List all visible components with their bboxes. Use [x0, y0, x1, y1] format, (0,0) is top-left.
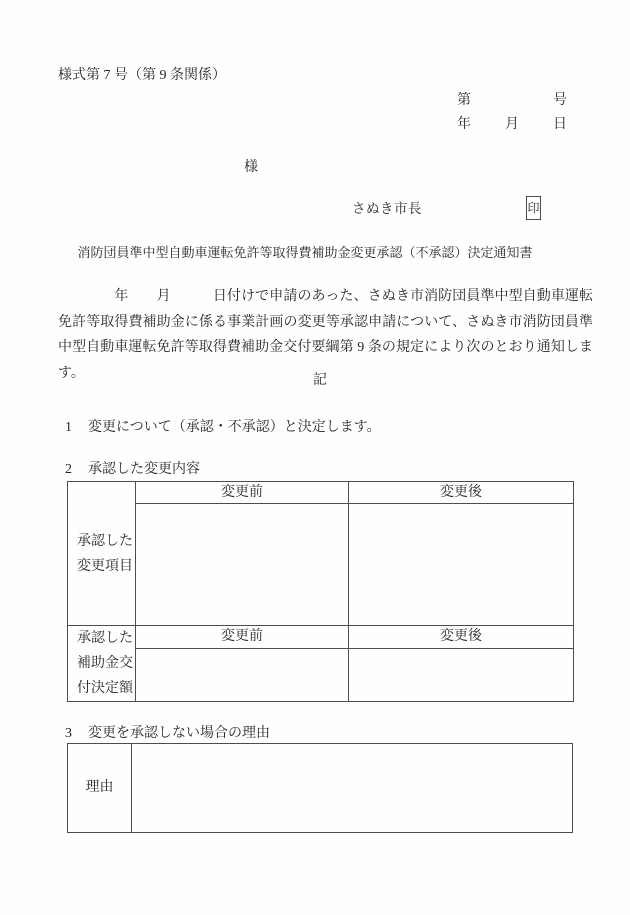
- seal-placeholder-box: 印: [526, 196, 541, 220]
- table-row: 承認した 補助金交 付決定額 変更前 変更後: [68, 626, 574, 649]
- item-2-number: 2: [58, 460, 88, 480]
- document-number-suffix: 号: [553, 91, 567, 111]
- document-page: 様式第 7 号（第 9 条関係） 第 号 年 月 日 様 さぬき市長 印 消防団…: [0, 0, 630, 915]
- date-month-label: 月: [505, 115, 519, 135]
- before-change-header: 変更前: [136, 626, 349, 649]
- seal-label: 印: [527, 202, 539, 214]
- addressee-honorific: 様: [244, 158, 258, 178]
- item-2-heading: 2 承認した変更内容: [58, 460, 593, 480]
- document-number-prefix: 第: [457, 91, 471, 111]
- item-2-text: 承認した変更内容: [88, 460, 200, 480]
- document-number-line: 第 号: [457, 91, 567, 111]
- after-change-header: 変更後: [349, 482, 574, 504]
- item-1-decision: 1 変更について（承認・不承認）と決定します。: [58, 418, 593, 438]
- rejection-reason-table: 理由: [67, 743, 573, 833]
- before-change-header: 変更前: [136, 482, 349, 504]
- label-line: 承認した: [77, 626, 135, 651]
- label-line: 付決定額: [77, 676, 135, 701]
- form-number: 様式第 7 号（第 9 条関係）: [58, 66, 226, 86]
- table-row: [68, 648, 574, 701]
- item-1-number: 1: [58, 418, 88, 438]
- table-row: 理由: [68, 744, 573, 833]
- table-row: [68, 504, 574, 626]
- label-line: 補助金交: [77, 651, 135, 676]
- grant-amount-before-value-cell: [136, 648, 349, 701]
- grant-amount-after-value-cell: [349, 648, 574, 701]
- approved-grant-amount-label-cell: 承認した 補助金交 付決定額: [68, 626, 136, 702]
- approved-changes-table: 承認した 変更項目 変更前 変更後 承認した 補助金交 付決定額 変更前 変更後: [67, 481, 574, 702]
- date-year-label: 年: [457, 115, 471, 135]
- after-change-header: 変更後: [349, 626, 574, 649]
- date-day-label: 日: [553, 115, 567, 135]
- reason-value-cell: [132, 744, 573, 833]
- sender-title: さぬき市長: [352, 200, 422, 219]
- item-3-number: 3: [58, 724, 88, 744]
- reason-label-cell: 理由: [68, 744, 132, 833]
- label-line: 変更項目: [77, 554, 135, 579]
- change-items-before-value-cell: [136, 504, 349, 626]
- item-3-text: 変更を承認しない場合の理由: [88, 724, 270, 744]
- record-marker: 記: [58, 368, 582, 394]
- approved-change-items-label-cell: 承認した 変更項目: [68, 482, 136, 626]
- table-row: 承認した 変更項目 変更前 変更後: [68, 482, 574, 504]
- item-3-heading: 3 変更を承認しない場合の理由: [58, 724, 593, 744]
- item-1-text: 変更について（承認・不承認）と決定します。: [88, 418, 381, 438]
- change-items-after-value-cell: [349, 504, 574, 626]
- document-title: 消防団員準中型自動車運転免許等取得費補助金変更承認（不承認）決定通知書: [0, 244, 610, 262]
- date-line: 年 月 日: [457, 115, 567, 135]
- label-line: 承認した: [77, 529, 135, 554]
